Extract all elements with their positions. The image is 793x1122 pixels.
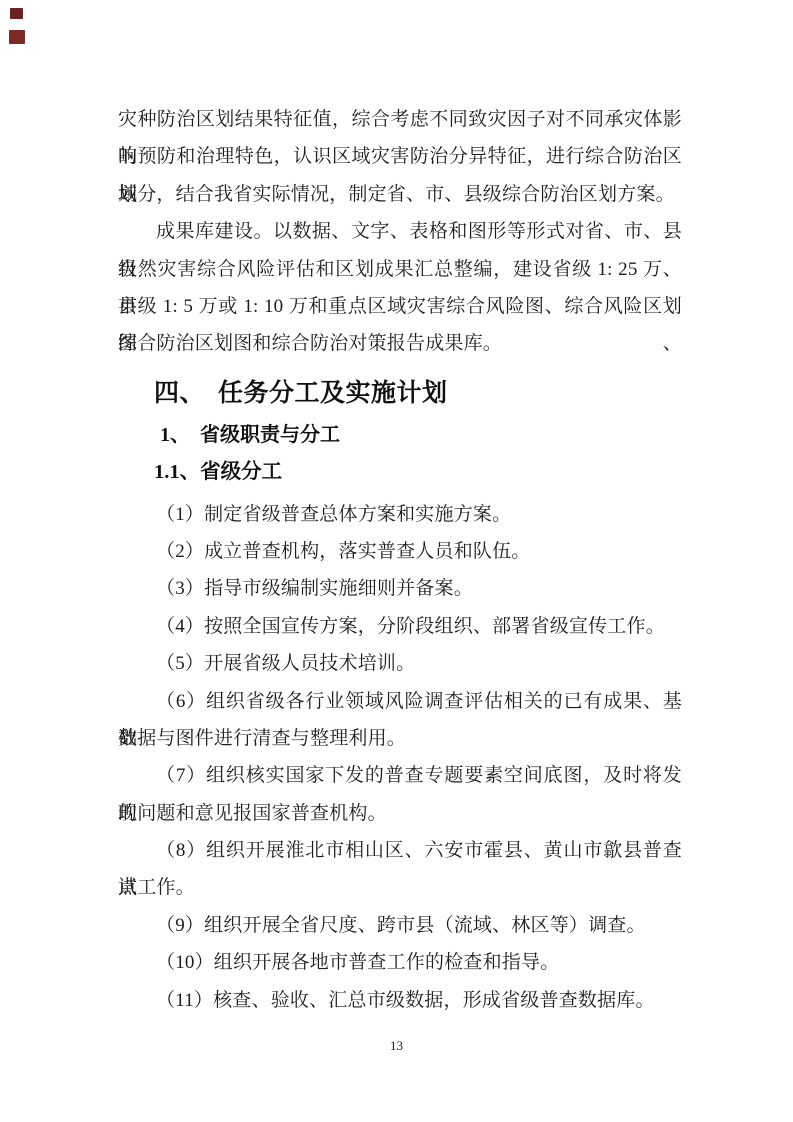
subsection-heading: 1、 省级职责与分工 bbox=[160, 417, 682, 454]
section-heading: 四、 任务分工及实施计划 bbox=[154, 372, 682, 414]
numbered-list: （1）制定省级普查总体方案和实施方案。 （2）成立普查机构，落实普查人员和队伍。… bbox=[118, 496, 682, 1019]
document-page: 灾种防治区划结果特征值，综合考虑不同致灾因子对不同承灾体影响 的预防和治理特色，… bbox=[0, 0, 793, 1122]
text-line: 的预防和治理特色，认识区域灾害防治分异特征，进行综合防治区域 bbox=[118, 138, 682, 175]
page-number: 13 bbox=[0, 1038, 793, 1054]
list-item: （2）成立普查机构，落实普查人员和队伍。 bbox=[118, 533, 682, 570]
list-item: （3）指导市级编制实施细则并备案。 bbox=[118, 570, 682, 607]
text-line: 自然灾害综合风险评估和区划成果汇总整编，建设省级 1: 25 万、市 bbox=[118, 251, 682, 288]
paragraph-results-library: 成果库建设。以数据、文字、表格和图形等形式对省、市、县级 自然灾害综合风险评估和… bbox=[118, 213, 682, 363]
list-item: （8）组织开展淮北市相山区、六安市霍县、黄山市歙县普查试 bbox=[118, 832, 682, 869]
list-item: （10）组织开展各地市普查工作的检查和指导。 bbox=[118, 944, 682, 981]
list-item: （1）制定省级普查总体方案和实施方案。 bbox=[118, 496, 682, 533]
list-item-continuation: 的问题和意见报国家普查机构。 bbox=[118, 795, 682, 832]
text-line: 成果库建设。以数据、文字、表格和图形等形式对省、市、县级 bbox=[118, 213, 682, 250]
page-content: 灾种防治区划结果特征值，综合考虑不同致灾因子对不同承灾体影响 的预防和治理特色，… bbox=[118, 101, 682, 1019]
text-line: 灾种防治区划结果特征值，综合考虑不同致灾因子对不同承灾体影响 bbox=[118, 101, 682, 138]
text-line: 划分，结合我省实际情况，制定省、市、县级综合防治区划方案。 bbox=[118, 176, 682, 213]
list-item-continuation: 点工作。 bbox=[118, 869, 682, 906]
list-item: （4）按照全国宣传方案，分阶段组织、部署省级宣传工作。 bbox=[118, 608, 682, 645]
list-item: （7）组织核实国家下发的普查专题要素空间底图，及时将发现 bbox=[118, 757, 682, 794]
list-item: （11）核查、验收、汇总市级数据，形成省级普查数据库。 bbox=[118, 982, 682, 1019]
list-item-continuation: 数据与图件进行清查与整理利用。 bbox=[118, 720, 682, 757]
subsubsection-heading: 1.1、省级分工 bbox=[154, 454, 682, 491]
paragraph-continued: 灾种防治区划结果特征值，综合考虑不同致灾因子对不同承灾体影响 的预防和治理特色，… bbox=[118, 101, 682, 213]
text-line: 县级 1: 5 万或 1: 10 万和重点区域灾害综合风险图、综合风险区划图、 bbox=[118, 288, 682, 325]
red-ink-mark-bottom bbox=[9, 30, 25, 44]
list-item: （9）组织开展全省尺度、跨市县（流域、林区等）调查。 bbox=[118, 907, 682, 944]
list-item: （5）开展省级人员技术培训。 bbox=[118, 645, 682, 682]
red-ink-mark-top bbox=[10, 8, 23, 19]
list-item: （6）组织省级各行业领域风险调查评估相关的已有成果、基础 bbox=[118, 683, 682, 720]
